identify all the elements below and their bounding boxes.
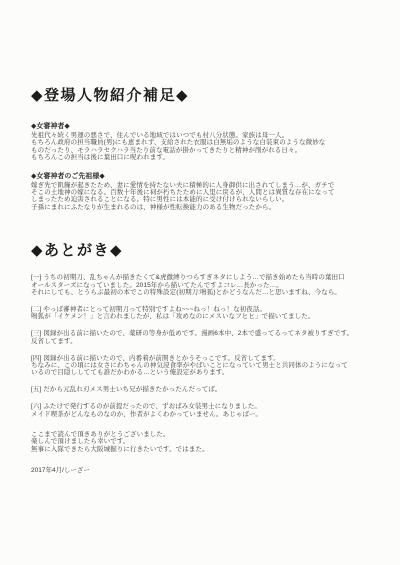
afterword-paragraph-3: [三] 図録が出る前に描いたので、薬研の等身が低めです。漫画6本中、2本で盛って… (31, 330, 382, 345)
text-line: いるので目隠ししてても誰だかわかる…という俺設定があります。 (31, 369, 382, 376)
section-heading: ◆女審神者のご先祖様◆ (31, 171, 382, 181)
afterword-paragraph-1: [一] うちの初期刀、乱ちゃんが描きたくて&虎徹縛りつらすぎネタにしよう…で描き… (31, 274, 382, 296)
date-signature: 2017年4月/しーざー (31, 465, 382, 474)
text-line: 無事に入隊できたら大阪城掘りに行きたいです。ではまた。 (31, 446, 382, 453)
text-line: 嫁ぎ先で飢饉が起きたため、妻に愛情を持たない夫に積極的に人身御供に出されてしまう… (31, 182, 382, 189)
character-notes-title: ◆登場人物紹介補足◆ (31, 84, 382, 105)
afterword-paragraph-4: [四] 図録が出る前に描いたので、内番着が前開きとかうそっこです。反省してます。… (31, 355, 382, 377)
section-body: 嫁ぎ先で飢饉が起きたため、妻に愛情を持たない夫に積極的に人身御供に出されてしまう… (31, 182, 382, 212)
text-line: しまったため迫害されることになる。特に男性には本能的に受け付けられないらしい。 (31, 196, 382, 203)
text-line: それにしても、とうらぶ最初の本でこの特殊設定(初期刀:鳴狐)とかどうなんだ…と思… (31, 289, 382, 296)
afterword-title: ◆あとがき◆ (31, 239, 382, 260)
afterword-paragraph-5: [五] だから元乱れ刃メス男士いち兄が描きたかったんだってば。 (31, 386, 382, 393)
section-body: 先祖代々続く男運の悪さで、住んでいる地域ではいつでも村八分状態。家族は母一人。も… (31, 132, 382, 162)
scanned-afterword-page: ◆登場人物紹介補足◆ ◆女審神者◆ 先祖代々続く男運の悪さで、住んでいる地域では… (0, 0, 400, 565)
afterword-paragraph-2: [二] やっぱ審神者にとって初期刀って特別ですよね~~~ねっ！ねっ！な初夜話。鳴… (31, 306, 382, 321)
text-line: もちろん政府の担当職員(男)にも恵まれず、支給された衣服は白無垢のような白装束の… (31, 139, 382, 146)
character-section-ancestor: ◆女審神者のご先祖様◆ 嫁ぎ先で飢饉が起きたため、妻に愛情を持たない夫に積極的に… (31, 171, 382, 212)
text-line: [三] 図録が出る前に描いたので、薬研の等身が低めです。漫画6本中、2本で盛って… (31, 330, 382, 337)
character-section-heroine: ◆女審神者◆ 先祖代々続く男運の悪さで、住んでいる地域ではいつでも村八分状態。家… (31, 121, 382, 162)
text-line: 鳴狐が「イケメン！」と言われましたが、私は「攻めなのにメスいなフヒヒ」で描いてま… (31, 313, 382, 320)
text-line: [四] 図録が出る前に描いたので、内番着が前開きとかうそっこです。反省してます。 (31, 355, 382, 362)
text-line: メイド喫茶がどんなものなのか、作者がよくわかっていません。あじゃばー。 (31, 411, 382, 418)
text-line: 子孫にまれにふたなりが生まれるのは、神様が性転換能力のある生物だったから。 (31, 204, 382, 211)
text-line: [一] うちの初期刀、乱ちゃんが描きたくて&虎徹縛りつらすぎネタにしよう…で描き… (31, 274, 382, 281)
text-line: [六] ふたけで発行するのが前提だったので、ずおばみ女装男士になりました。 (31, 403, 382, 410)
section-heading: ◆女審神者◆ (31, 121, 382, 131)
text-line: 反省してます。 (31, 338, 382, 345)
text-line: 楽しんで頂けましたら幸いです。 (31, 438, 382, 445)
closing-message: ここまで読んで頂きありがとうございました。楽しんで頂けましたら幸いです。無事に入… (31, 431, 382, 453)
text-line: [五] だから元乱れ刃メス男士いち兄が描きたかったんだってば。 (31, 386, 382, 393)
text-line: オールスターズになっていました。2015年から描いてたんですよコレ…長かった…。 (31, 282, 382, 289)
afterword-paragraph-6: [六] ふたけで発行するのが前提だったので、ずおばみ女装男士になりました。メイド… (31, 403, 382, 418)
text-line: もちろんこの担当は後に葉田口に呪われます。 (31, 154, 382, 161)
